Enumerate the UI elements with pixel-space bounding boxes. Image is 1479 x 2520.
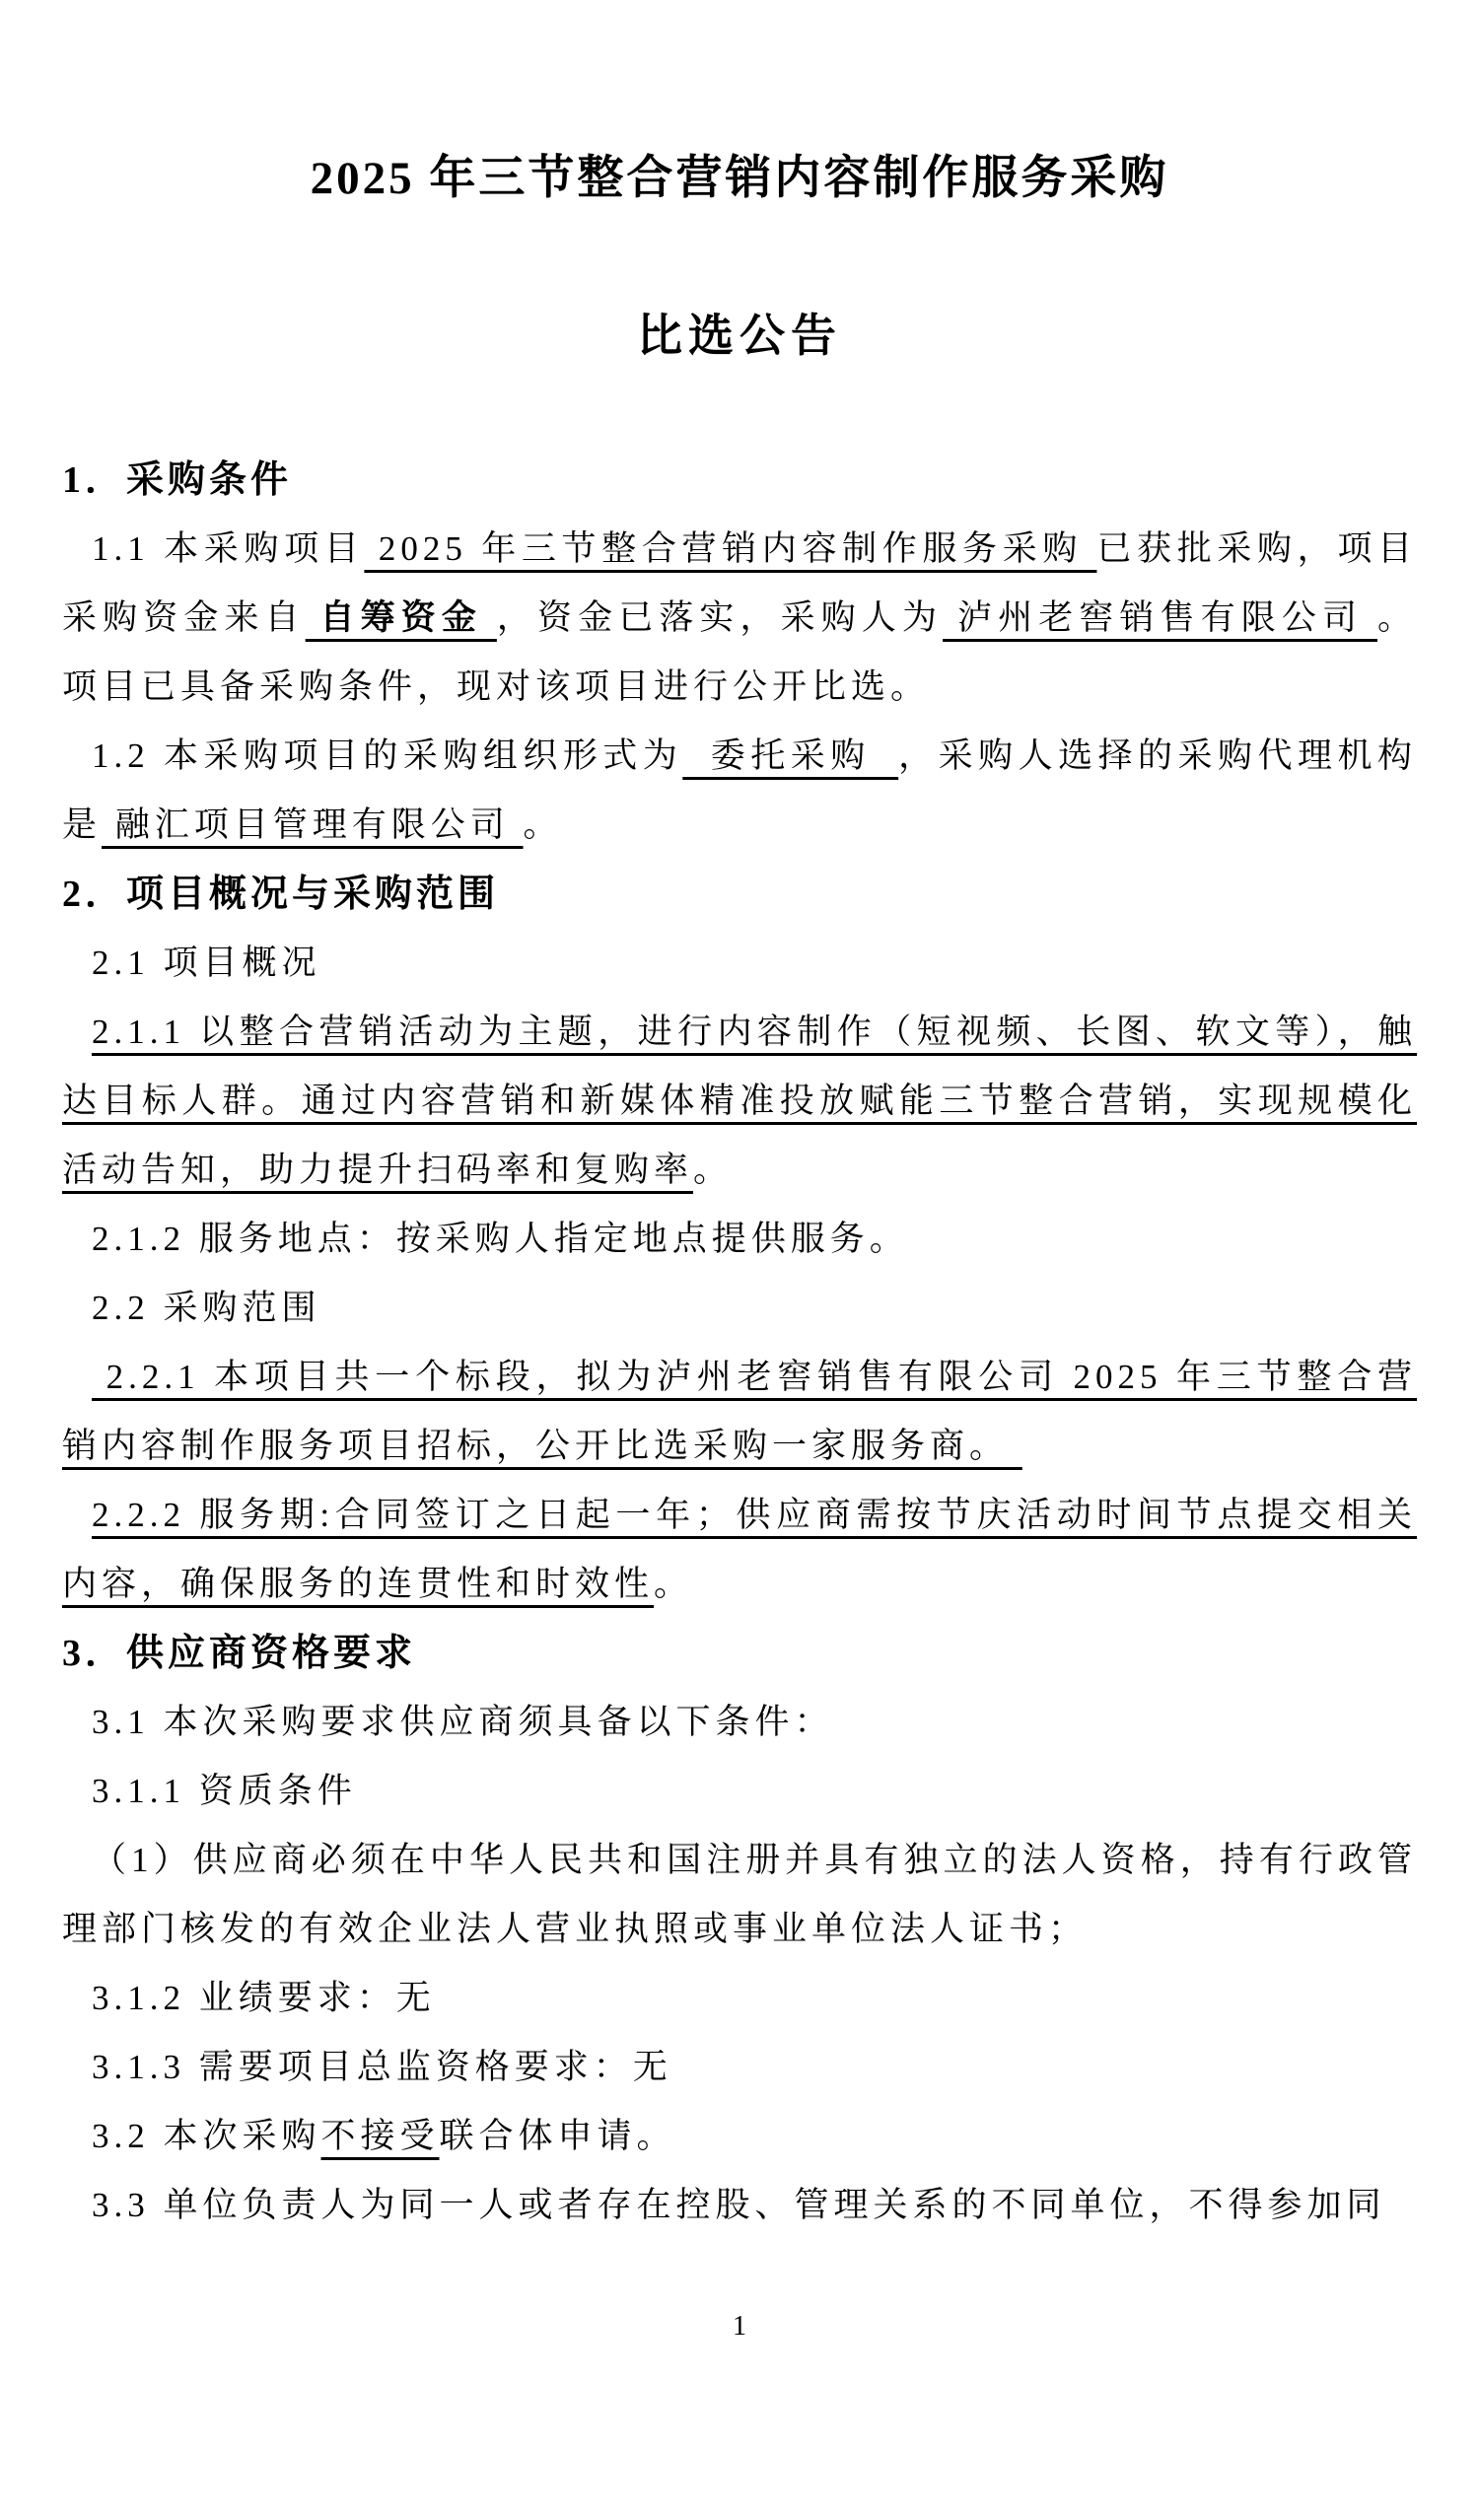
- text-run: 3．供应商资格要求: [62, 1633, 416, 1674]
- text-run: 委托采购: [682, 736, 898, 775]
- text-run: 2.2.2 服务期:合同签订之日起一年；供应商需按节庆活动时间节点提交相关内容，…: [62, 1496, 1417, 1603]
- paragraph: 2.1.2 服务地点：按采购人指定地点提供服务。: [62, 1205, 1417, 1274]
- text-run: 泸州老窖销售有限公司: [943, 598, 1377, 637]
- paragraph: 1.1 本采购项目 2025 年三节整合营销内容制作服务采购 已获批采购，项目采…: [62, 515, 1417, 722]
- text-run: 3.1.1 资质条件: [92, 1772, 357, 1810]
- paragraph: 2.2 采购范围: [62, 1274, 1417, 1343]
- text-run: 1．采购条件: [62, 459, 292, 501]
- paragraph: 3.1.2 业绩要求：无: [62, 1964, 1417, 2033]
- text-run: 2.2.1 本项目共一个标段，拟为泸州老窖销售有限公司 2025 年三节整合营销…: [62, 1358, 1417, 1465]
- page-number: 1: [0, 2309, 1479, 2345]
- text-run: 不接受: [321, 2117, 440, 2155]
- paragraph: 3.2 本次采购不接受联合体申请。: [62, 2102, 1417, 2171]
- text-run: 融汇项目管理有限公司: [102, 805, 524, 844]
- paragraph: 2.2.1 本项目共一个标段，拟为泸州老窖销售有限公司 2025 年三节整合营销…: [62, 1343, 1417, 1481]
- document-subtitle: 比选公告: [62, 306, 1417, 367]
- text-run: 2025 年三节整合营销内容制作服务采购: [364, 529, 1096, 568]
- text-run: 自筹资金: [306, 598, 497, 637]
- text-run: 3.1.3 需要项目总监资格要求：无: [92, 2048, 672, 2086]
- text-run: 2．项目概况与采购范围: [62, 874, 499, 915]
- text-run: ，资金已落实，采购人为: [497, 598, 943, 637]
- text-run: 2.2 采购范围: [92, 1289, 321, 1327]
- text-run: 。: [654, 1565, 693, 1603]
- text-run: 1.1 本采购项目: [92, 529, 364, 568]
- paragraph: 3.3 单位负责人为同一人或者存在控股、管理关系的不同单位，不得参加同: [62, 2171, 1417, 2240]
- paragraph: （1）供应商必须在中华人民共和国注册并具有独立的法人资格，持有行政管理部门核发的…: [62, 1826, 1417, 1964]
- text-run: 3.3 单位负责人为同一人或者存在控股、管理关系的不同单位，不得参加同: [92, 2186, 1386, 2224]
- text-run: 2.1.1 以整合营销活动为主题，进行内容制作（短视频、长图、软文等），触达目标…: [62, 1013, 1417, 1189]
- paragraph: 1.2 本采购项目的采购组织形式为 委托采购 ，采购人选择的采购代理机构是 融汇…: [62, 722, 1417, 860]
- paragraph: 3.1.1 资质条件: [62, 1757, 1417, 1826]
- paragraph: 2.2.2 服务期:合同签订之日起一年；供应商需按节庆活动时间节点提交相关内容，…: [62, 1481, 1417, 1619]
- text-run: 3.1 本次采购要求供应商须具备以下条件：: [92, 1703, 834, 1741]
- text-run: 2.1.2 服务地点：按采购人指定地点提供服务。: [92, 1220, 909, 1258]
- paragraph: 3.1.3 需要项目总监资格要求：无: [62, 2033, 1417, 2102]
- text-run: 。: [693, 1151, 733, 1189]
- text-run: 1.2 本采购项目的采购组织形式为: [92, 736, 682, 775]
- paragraph: 2.1.1 以整合营销活动为主题，进行内容制作（短视频、长图、软文等），触达目标…: [62, 998, 1417, 1205]
- document-page: 2025 年三节整合营销内容制作服务采购 比选公告 1．采购条件1.1 本采购项…: [0, 0, 1479, 2520]
- text-run: 3.1.2 业绩要求：无: [92, 1979, 436, 2017]
- section-heading: 3．供应商资格要求: [62, 1619, 1417, 1688]
- paragraph: 3.1 本次采购要求供应商须具备以下条件：: [62, 1688, 1417, 1757]
- section-heading: 1．采购条件: [62, 446, 1417, 515]
- text-run: 。: [524, 805, 563, 844]
- section-heading: 2．项目概况与采购范围: [62, 860, 1417, 929]
- document-body: 1．采购条件1.1 本采购项目 2025 年三节整合营销内容制作服务采购 已获批…: [62, 446, 1417, 2240]
- document-title: 2025 年三节整合营销内容制作服务采购: [62, 148, 1417, 209]
- text-run: 2.1 项目概况: [92, 944, 321, 982]
- text-run: 3.2 本次采购: [92, 2117, 321, 2155]
- paragraph: 2.1 项目概况: [62, 929, 1417, 998]
- text-run: （1）供应商必须在中华人民共和国注册并具有独立的法人资格，持有行政管理部门核发的…: [62, 1841, 1417, 1948]
- text-run: 联合体申请。: [440, 2117, 676, 2155]
